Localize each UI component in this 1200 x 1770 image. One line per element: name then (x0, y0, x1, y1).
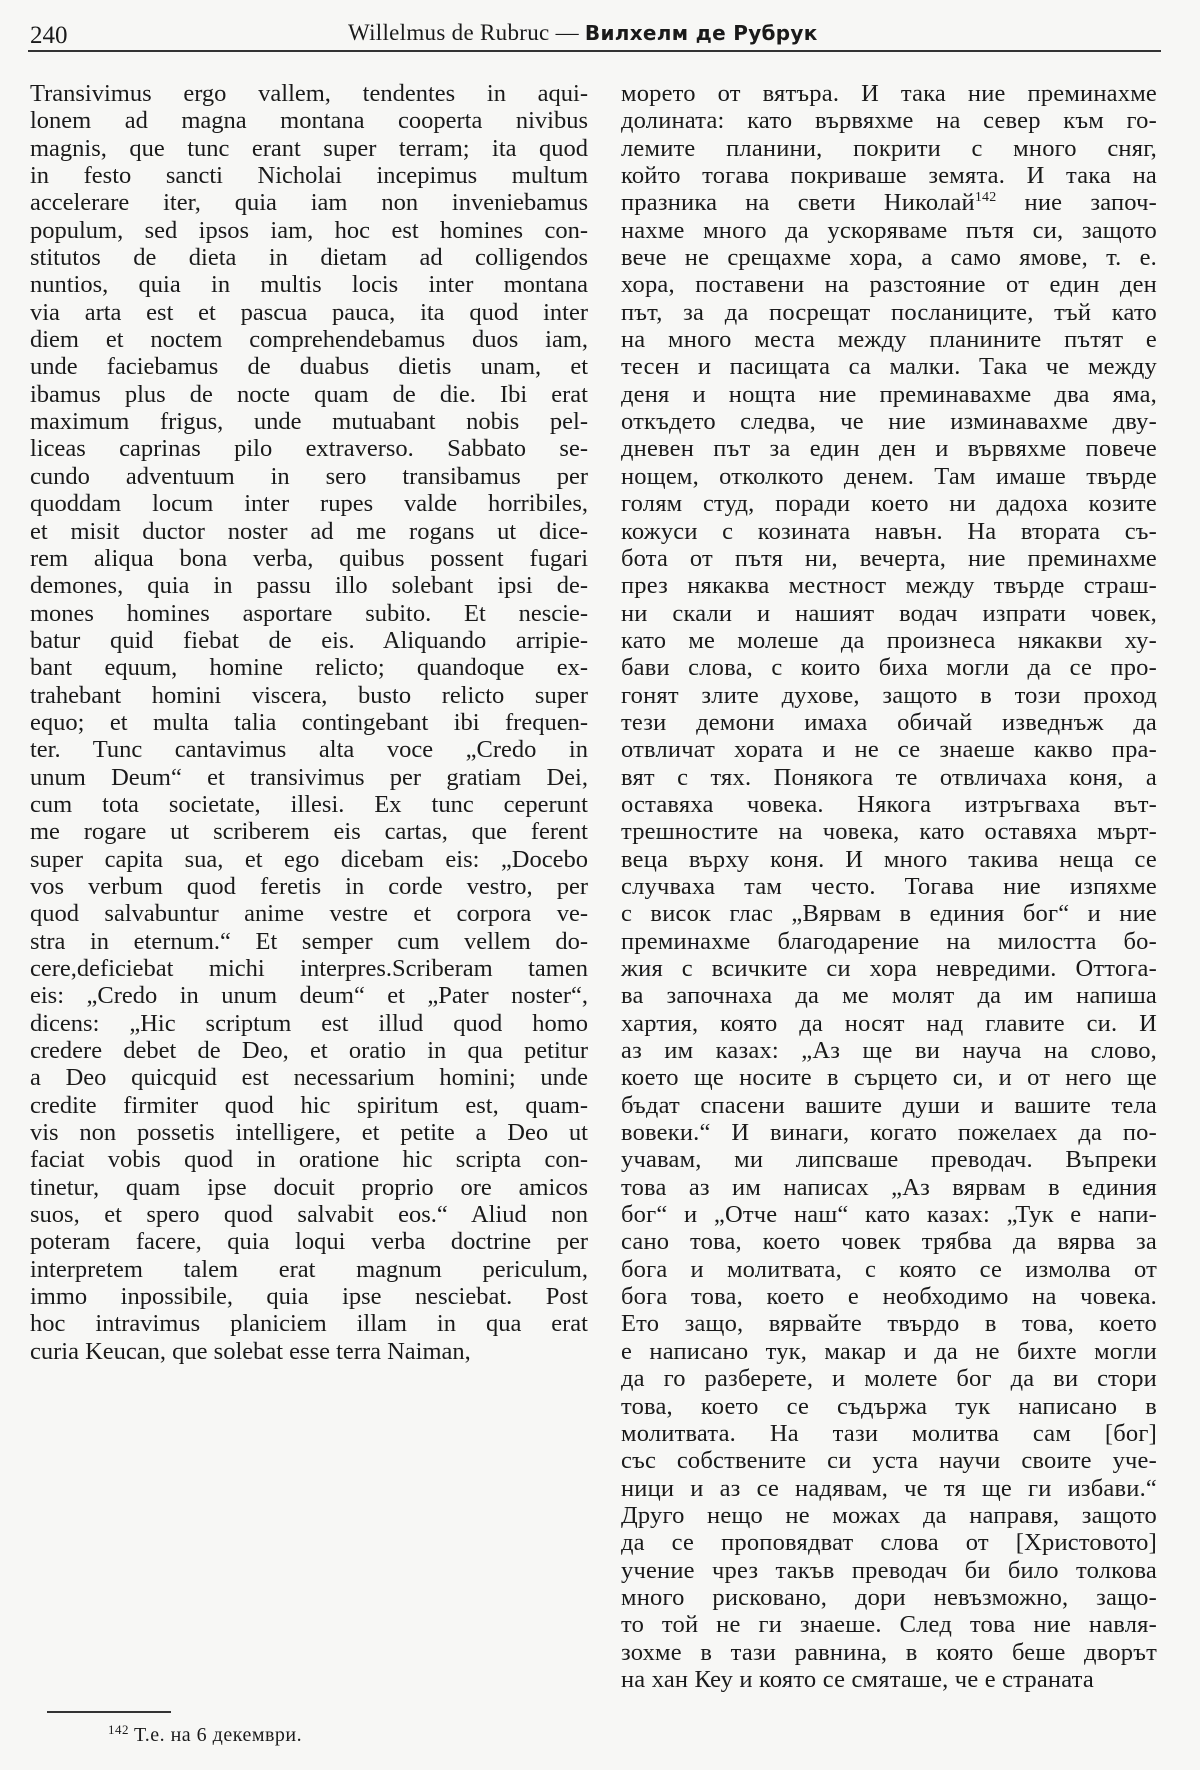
text-line: трешностите на човека, като оставяха мър… (621, 818, 1157, 845)
text-line: отвличат хората и не се знаеше какво пра… (621, 736, 1157, 763)
text-line: immo inpossibile, quia ipse nesciebat. P… (30, 1283, 588, 1310)
text-line: да се проповядват слова от [Христовото] (621, 1529, 1157, 1556)
text-line: a Deo quicquid est necessarium homini; u… (30, 1064, 588, 1091)
text-line: път, за да посрещат посланиците, тъй кат… (621, 299, 1157, 326)
text-line: mones homines asportare subito. Et nesci… (30, 600, 588, 627)
text-line: кожуси с козината навън. На втората съ- (621, 518, 1157, 545)
text-line: credere debet de Deo, et oratio in qua p… (30, 1037, 588, 1064)
text-line: bant equum, homine relicto; quandoque ex… (30, 654, 588, 681)
text-line: бог“ и „Отче наш“ като казах: „Тук е нап… (621, 1201, 1157, 1228)
text-line: trahebant homini viscera, busto relicto … (30, 682, 588, 709)
text-line: хартия, която да носят над главите си. И (621, 1010, 1157, 1037)
text-line: et misit ductor noster ad me rogans ut d… (30, 518, 588, 545)
text-line: бога това, което е необходимо на човека. (621, 1283, 1157, 1310)
footnote-reference[interactable]: 142 (975, 190, 997, 205)
text-line: вече не срещахме хора, а само ямове, т. … (621, 244, 1157, 271)
text-line: с висок глас „Вярвам в единия бог“ и ние (621, 900, 1157, 927)
text-line: през някаква местност между твърде страш… (621, 572, 1157, 599)
header-rule (28, 50, 1161, 52)
text-line: който тогава покриваше земята. И така на (621, 162, 1157, 189)
text-line: което ще носите в сърцето си, и от него … (621, 1064, 1157, 1091)
text-line: тесен и пасищата са малки. Така че между (621, 353, 1157, 380)
page-number: 240 (30, 22, 68, 50)
text-line: учавам, ми липсваше преводач. Въпреки (621, 1146, 1157, 1173)
text-line: откъдето следва, че ние изминавахме дву- (621, 408, 1157, 435)
text-line: веца върху коня. И много такива неща се (621, 846, 1157, 873)
text-line: молитвата. На тази молитва сам [бог] (621, 1420, 1157, 1447)
text-line: ници и аз се надявам, че тя ще ги избави… (621, 1475, 1157, 1502)
text-line: cum tota societate, illesi. Ex tunc cepe… (30, 791, 588, 818)
text-line: super capita sua, et ego dicebam eis: „D… (30, 846, 588, 873)
text-line: batur quid fiebat de eis. Aliquando arri… (30, 627, 588, 654)
text-line: maximum frigus, unde mutuabant nobis pel… (30, 408, 588, 435)
text-line: със собствените си уста научи своите уче… (621, 1447, 1157, 1474)
text-fragment: празника на свети Николай (621, 189, 975, 216)
text-line: quoddam locum inter rupes valde horribil… (30, 490, 588, 517)
running-head-title: Willelmus de Rubruc — Вилхелм де Рубрук (348, 20, 818, 46)
text-line: faciat vobis quod in oratione hic script… (30, 1146, 588, 1173)
text-line: Друго нещо не можах да направя, защото (621, 1502, 1157, 1529)
text-line: бави слова, с които биха могли да се про… (621, 654, 1157, 681)
text-line: curia Keucan, que solebat esse terra Nai… (30, 1338, 588, 1365)
text-line: да го разберете, и молете бог да ви стор… (621, 1365, 1157, 1392)
text-line: unum Deum“ et transivimus per gratiam De… (30, 764, 588, 791)
text-line: cundo adventuum in sero transibamus per (30, 463, 588, 490)
text-line: liceas caprinas pilo extraverso. Sabbato… (30, 435, 588, 462)
text-line: учение чрез такъв преводач би било толко… (621, 1557, 1157, 1584)
text-line: зохме в тази равнина, в която беше дворъ… (621, 1639, 1157, 1666)
text-line: in festo sancti Nicholai incepimus multu… (30, 162, 588, 189)
text-line: nuntios, quia in multis locis inter mont… (30, 271, 588, 298)
text-line: cere,deficiebat michi interpres.Scribera… (30, 955, 588, 982)
text-line: suos, et spero quod salvabit eos.“ Aliud… (30, 1201, 588, 1228)
text-line: бъдат спасени вашите души и вашите тела (621, 1092, 1157, 1119)
text-line: бога и молитвата, с която се измолва от (621, 1256, 1157, 1283)
text-line: stra in eternum.“ Et semper cum vellem d… (30, 928, 588, 955)
text-line: нощем, отколкото денем. Там имаше твърде (621, 463, 1157, 490)
text-line: аз им казах: „Аз ще ви науча на слово, (621, 1037, 1157, 1064)
text-line: quod salvabuntur anime vestre et corpora… (30, 900, 588, 927)
text-line: eis: „Credo in unum deum“ et „Pater nost… (30, 982, 588, 1009)
text-line: като ме молеше да произнеса някакви ху- (621, 627, 1157, 654)
text-line: дневен път за един ден и вървяхме повече (621, 435, 1157, 462)
running-head-bulgarian: Вилхелм де Рубрук (585, 21, 818, 45)
text-line: hoc intravimus planiciem illam in qua er… (30, 1310, 588, 1337)
text-line: ва започнаха да ме молят да им напиша (621, 982, 1157, 1009)
text-line: бота от пътя ни, вечерта, ние преминахме (621, 545, 1157, 572)
footnote-rule (47, 1711, 171, 1713)
text-line: Transivimus ergo vallem, tendentes in aq… (30, 80, 588, 107)
text-line: вовеки.“ И винаги, когато пожелаех да по… (621, 1119, 1157, 1146)
text-line: demones, quia in passu illo solebant ips… (30, 572, 588, 599)
text-fragment: ние започ- (996, 189, 1157, 216)
text-line: деня и нощта ние преминавахме два яма, (621, 381, 1157, 408)
text-line: Ето защо, вярвайте твърдо в това, което (621, 1310, 1157, 1337)
text-line: на много места между планините пътят е (621, 326, 1157, 353)
footnote-text: Т.е. на 6 декември. (134, 1724, 302, 1746)
text-line: лемите планини, покрити с много сняг, (621, 135, 1157, 162)
text-line: ibamus plus de nocte quam de die. Ibi er… (30, 381, 588, 408)
text-line: unde faciebamus de duabus dietis unam, e… (30, 353, 588, 380)
footnote-mark: 142 (108, 1722, 129, 1737)
text-line: е написано тук, макар и да не бихте могл… (621, 1338, 1157, 1365)
bulgarian-translation-column: морето от вятъра. И така ние преминахмед… (621, 80, 1157, 1693)
text-line: нахме много да ускоряваме пътя си, защот… (621, 217, 1157, 244)
text-line: то той не ги знаеше. След това ние навля… (621, 1611, 1157, 1638)
text-line: ter. Tunc cantavimus alta voce „Credo in (30, 736, 588, 763)
running-header: 240 Willelmus de Rubruc — Вилхелм де Руб… (28, 18, 1160, 52)
text-line: преминахме благодарение на милостта бо- (621, 928, 1157, 955)
text-line: оставяха човека. Някога изтръгваха вът- (621, 791, 1157, 818)
running-head-latin: Willelmus de Rubruc — (348, 20, 585, 45)
text-line: това аз им написах „Аз вярвам в единия (621, 1174, 1157, 1201)
text-line: rem aliqua bona verba, quibus possent fu… (30, 545, 588, 572)
text-line: морето от вятъра. И така ние преминахме (621, 80, 1157, 107)
text-line: жия с всичките си хора невредими. Оттога… (621, 955, 1157, 982)
text-line: magnis, que tunc erant super terram; ita… (30, 135, 588, 162)
text-line: на хан Кеу и която се смяташе, че е стра… (621, 1666, 1157, 1693)
text-line: хора, поставени на разстояние от един де… (621, 271, 1157, 298)
text-line: interpretem talem erat magnum periculum, (30, 1256, 588, 1283)
text-line: accelerare iter, quia iam non inveniebam… (30, 189, 588, 216)
text-line: tinetur, quam ipse docuit proprio ore am… (30, 1174, 588, 1201)
text-line: me rogare ut scriberem eis cartas, que f… (30, 818, 588, 845)
text-line: dicens: „Hic scriptum est illud quod hom… (30, 1010, 588, 1037)
text-line: populum, sed ipsos iam, hoc est homines … (30, 217, 588, 244)
text-line: празника на свети Николай142 ние започ- (621, 189, 1157, 216)
text-line: vos verbum quod feretis in corde vestro,… (30, 873, 588, 900)
text-line: vis non possetis intelligere, et petite … (30, 1119, 588, 1146)
text-line: poteram facere, quia loqui verba doctrin… (30, 1228, 588, 1255)
text-line: credite firmiter quod hic spiritum est, … (30, 1092, 588, 1119)
text-line: това, което се съдържа тук написано в (621, 1393, 1157, 1420)
text-line: гонят злите духове, защото в този проход (621, 682, 1157, 709)
text-line: долината: като вървяхме на север към го- (621, 107, 1157, 134)
latin-text-column: Transivimus ergo vallem, tendentes in aq… (30, 80, 588, 1365)
text-line: via arta est et pascua pauca, ita quod i… (30, 299, 588, 326)
text-line: случваха там често. Тогава ние изпяхме (621, 873, 1157, 900)
text-line: lonem ad magna montana cooperta nivibus (30, 107, 588, 134)
text-line: много рисковано, дори невъзможно, защо- (621, 1584, 1157, 1611)
text-line: вят с тях. Понякога те отвличаха коня, а (621, 764, 1157, 791)
text-line: сано това, което човек трябва да вярва з… (621, 1228, 1157, 1255)
text-line: голям студ, поради което ни дадоха козит… (621, 490, 1157, 517)
text-line: equo; et multa talia contingebant ibi fr… (30, 709, 588, 736)
text-line: stitutos de dieta in dietam ad colligend… (30, 244, 588, 271)
text-line: тези демони имаха обичай изведнъж да (621, 709, 1157, 736)
text-line: diem et noctem comprehendebamus duos iam… (30, 326, 588, 353)
text-line: ни скали и нашият водач изпрати човек, (621, 600, 1157, 627)
footnote-142: 142Т.е. на 6 декември. (108, 1722, 302, 1747)
